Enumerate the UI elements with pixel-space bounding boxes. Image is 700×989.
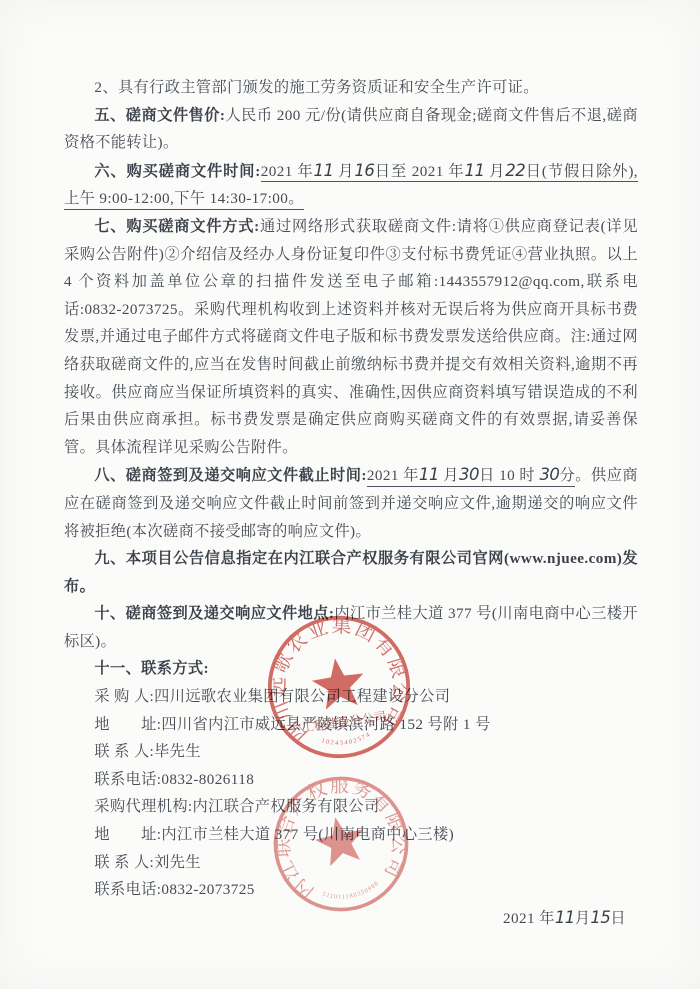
text-segment: 通过网络形式获取磋商文件:请将①供应商登记表(详见采购公告附件)②介绍信及经办人… [64,218,638,456]
section-7-purchase-method: 七、购买磋商文件方式:通过网络形式获取磋商文件:请将①供应商登记表(详见采购公告… [64,213,638,461]
section-6-purchase-time: 六、购买磋商文件时间:2021 年11 月16日至 2021 年11 月22日(… [64,157,638,213]
document-body: 2、具有行政主管部门颁发的施工劳务资质证和安全生产许可证。五、磋商文件售价:人民… [64,74,638,932]
contact-purchaser: 采 购 人:四川远歌农业集团有限公司工程建设分公司 [64,683,638,711]
text-segment: 地 址:内江市兰桂大道 377 号(川南电商中心三楼) [94,826,454,843]
text-segment: 2、具有行政主管部门颁发的施工劳务资质证和安全生产许可证。 [94,79,538,96]
text-segment: 15 [590,908,610,927]
text-segment: 七、购买磋商文件方式: [94,218,259,235]
text-segment: 地 址:四川省内江市威远县严陵镇滨河路 152 号附 1 号 [94,716,490,733]
text-segment: 日 10 时 [479,467,539,487]
section-5-price: 五、磋商文件售价:人民币 200 元/份(请供应商自备现金;磋商文件售后不退,磋… [64,102,638,157]
text-segment: 11 [555,908,575,927]
text-segment: 十一、联系方式: [94,660,209,677]
text-segment: 月 [334,163,355,183]
text-segment: 11 [465,161,485,183]
contact-agency: 采购代理机构:内江联合产权服务有限公司 [64,793,638,821]
text-segment: 2021 年 [367,467,419,487]
section-10-submit-place: 十、磋商签到及递交响应文件地点:内江市兰桂大道 377 号(川南电商中心三楼开标… [64,600,638,655]
text-segment: 六、购买磋商文件时间: [94,163,260,180]
section-9-announcement-site: 九、本项目公告信息指定在内江联合产权服务有限公司官网(www.njuee.com… [64,545,638,600]
clause-2: 2、具有行政主管部门颁发的施工劳务资质证和安全生产许可证。 [64,74,638,102]
text-segment: 采 购 人:四川远歌农业集团有限公司工程建设分公司 [94,688,450,705]
section-11-contact: 十一、联系方式: [64,655,638,683]
text-segment: 联 系 人:刘先生 [94,854,201,871]
text-segment: 2021 年 [261,163,314,183]
text-segment: 九、本项目公告信息指定在内江联合产权服务有限公司官网(www.njuee.com… [64,550,638,595]
text-segment: 八、磋商签到及递交响应文件截止时间: [94,467,367,484]
text-segment: 采购代理机构:内江联合产权服务有限公司 [94,798,379,815]
section-8-deadline: 八、磋商签到及递交响应文件截止时间:2021 年11 月30日 10 时 30分… [64,461,638,545]
text-segment: 日 [610,910,626,927]
text-segment: 月 [575,910,591,927]
text-segment: 联系电话:0832-8026118 [94,771,254,788]
text-segment: 月 [485,163,506,183]
text-segment: 日至 2021 年 [374,163,464,183]
text-segment: 月 [439,467,459,487]
text-segment: 11 [419,465,439,487]
contact-agency-phone: 联系电话:0832-2073725 [64,876,638,904]
text-segment: 联 系 人:毕先生 [94,743,201,760]
date-line: 2021 年11月15日 [64,904,638,933]
contact-agency-person: 联 系 人:刘先生 [64,849,638,877]
text-segment: 16 [354,161,374,183]
text-segment: 30 [459,465,479,487]
text-segment: 22 [505,161,525,183]
text-segment: 2021 年 [503,910,555,927]
scanned-document-page: 2、具有行政主管部门颁发的施工劳务资质证和安全生产许可证。五、磋商文件售价:人民… [0,0,700,989]
text-segment: 十、磋商签到及递交响应文件地点: [94,605,334,622]
text-segment: 11 [314,161,334,183]
text-segment: 分 [559,467,575,487]
text-segment: 30 [539,465,559,487]
contact-purchaser-person: 联 系 人:毕先生 [64,738,638,766]
contact-purchaser-address: 地 址:四川省内江市威远县严陵镇滨河路 152 号附 1 号 [64,711,638,739]
contact-purchaser-phone: 联系电话:0832-8026118 [64,766,638,794]
text-segment: 联系电话:0832-2073725 [94,881,254,898]
text-segment: 五、磋商文件售价: [94,107,225,124]
contact-agency-address: 地 址:内江市兰桂大道 377 号(川南电商中心三楼) [64,821,638,849]
